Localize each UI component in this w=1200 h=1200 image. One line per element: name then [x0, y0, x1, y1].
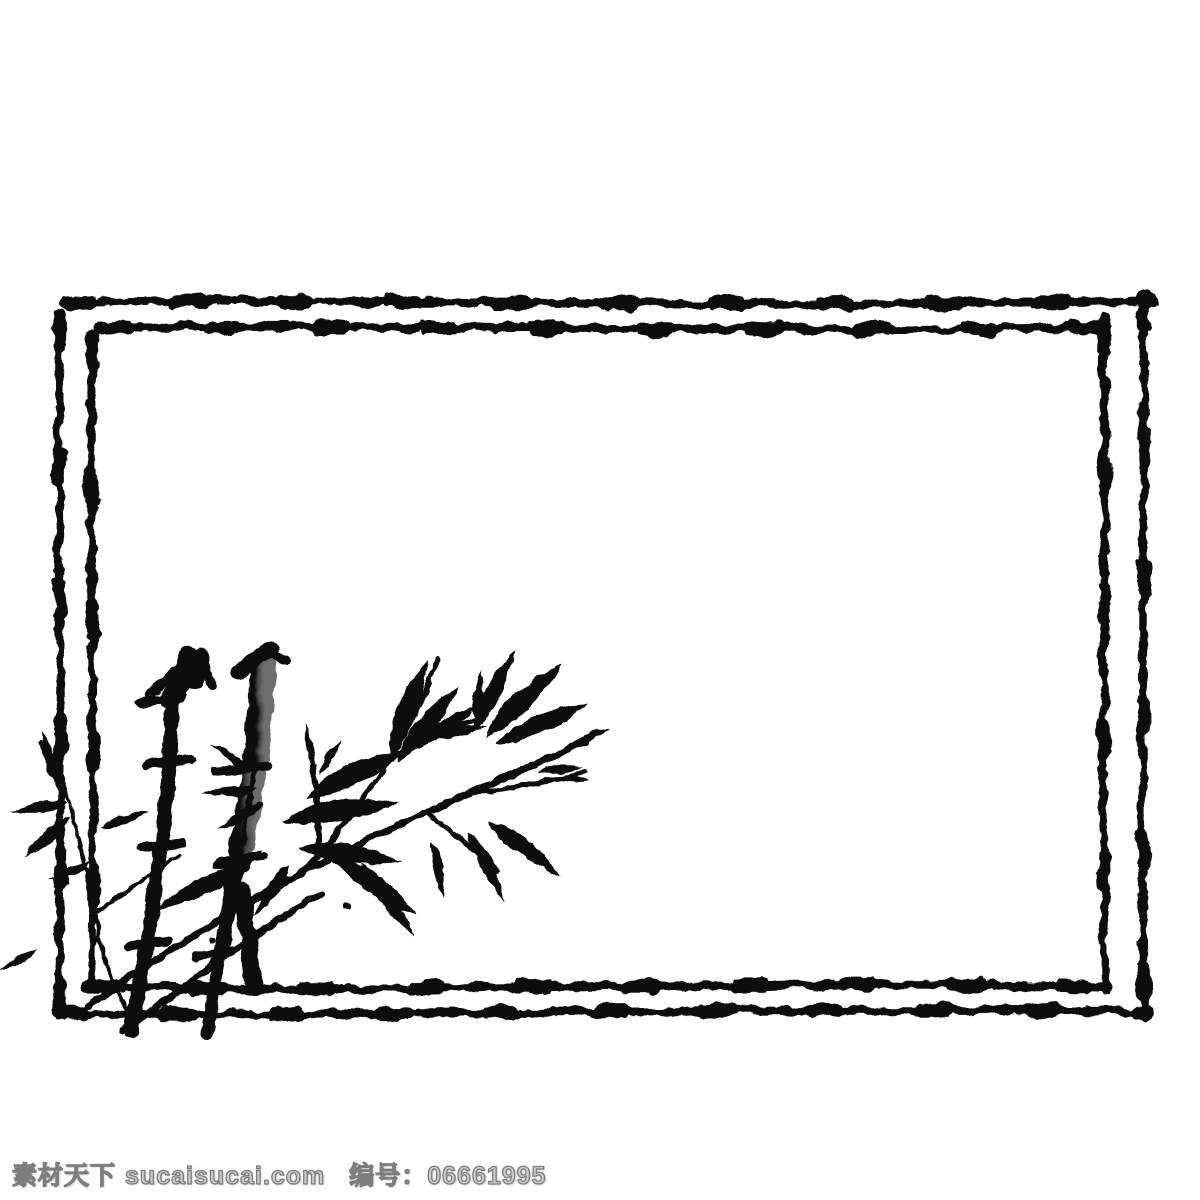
watermark: 素材天下sucaisucai.com编号：06661995 — [12, 1156, 546, 1192]
outer-frame — [57, 296, 1150, 1016]
ink-bamboo-frame-illustration — [0, 0, 1200, 1200]
canvas: 素材天下sucaisucai.com编号：06661995 — [0, 0, 1200, 1200]
bamboo-leaf — [302, 724, 317, 768]
bamboo-leaf — [98, 807, 150, 832]
watermark-serial: 编号：06661995 — [349, 1162, 546, 1190]
watermark-site-domain: sucaisucai.com — [125, 1162, 325, 1190]
bamboo-leaf — [356, 859, 421, 940]
bamboo-leaf — [568, 723, 610, 751]
watermark-site-name: 素材天下 — [12, 1162, 116, 1190]
bamboo-leaf — [0, 947, 38, 974]
bamboo-leaves — [151, 646, 610, 943]
bamboo-stalk-right — [196, 648, 286, 1034]
bamboo-leaf — [428, 841, 450, 899]
